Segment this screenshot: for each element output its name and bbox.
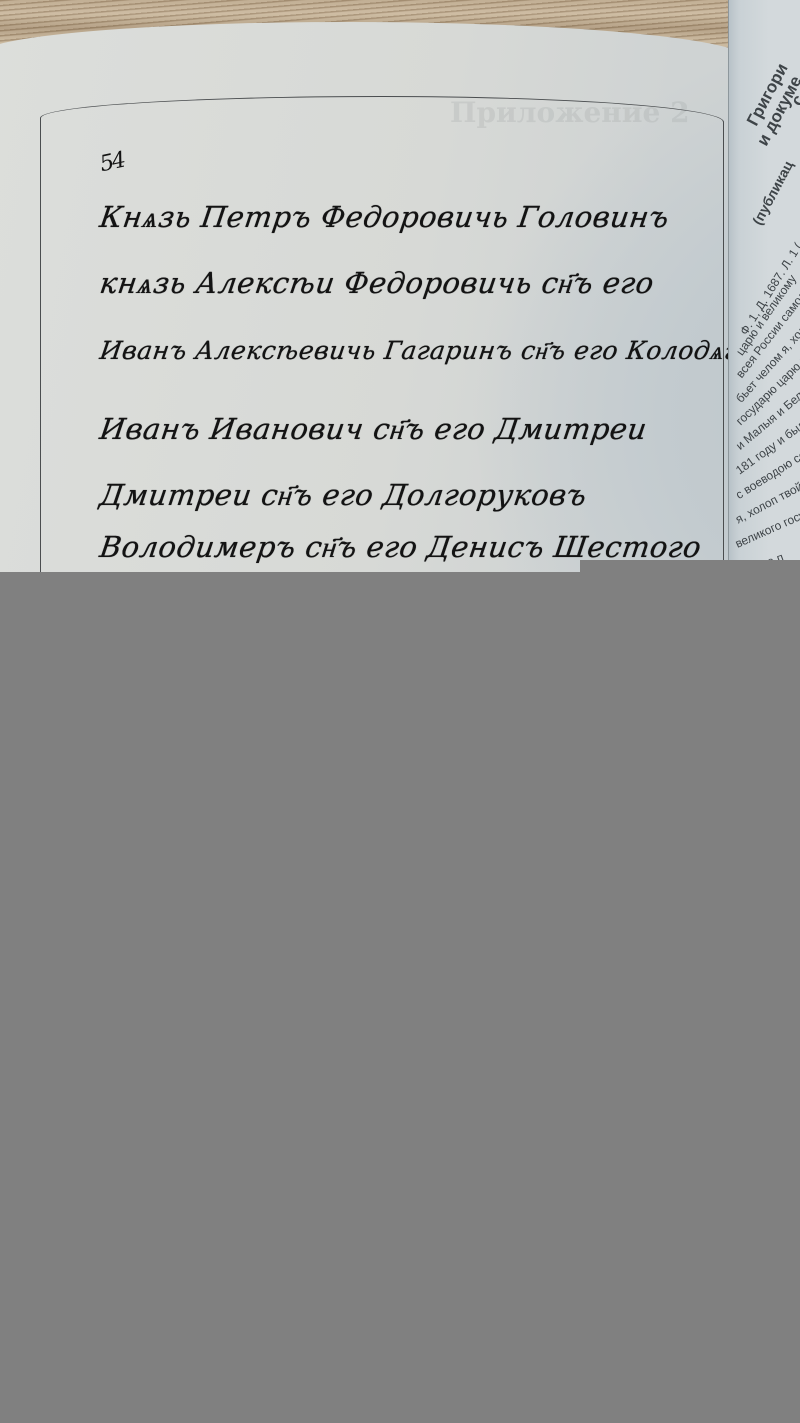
manuscript-line-2: кнѧзь Алексѣи Федоровичь сн҃ъ его bbox=[98, 266, 657, 301]
right-book-page: Григори и докуме с (публикац Ф. 1, Д. 16… bbox=[728, 0, 800, 572]
manuscript-line-3: Иванъ Алексѣевичь Гагаринъ сн҃ъ его Коло… bbox=[98, 336, 756, 366]
folio-number: 54 bbox=[98, 148, 127, 177]
manuscript-line-4: Иванъ Иванович сн҃ъ его Дмитреи bbox=[98, 412, 650, 447]
redaction-mask bbox=[0, 572, 800, 1423]
right-page-heading-4: (публикац bbox=[749, 158, 796, 227]
manuscript-line-1: Кнѧзь Петръ Федоровичь Головинъ bbox=[98, 200, 672, 235]
book-photograph: Приложение 2 54 Кнѧзь Петръ Федоровичь Г… bbox=[0, 0, 800, 572]
manuscript-line-5: Дмитреи сн҃ъ его Долгоруковъ bbox=[98, 478, 589, 513]
